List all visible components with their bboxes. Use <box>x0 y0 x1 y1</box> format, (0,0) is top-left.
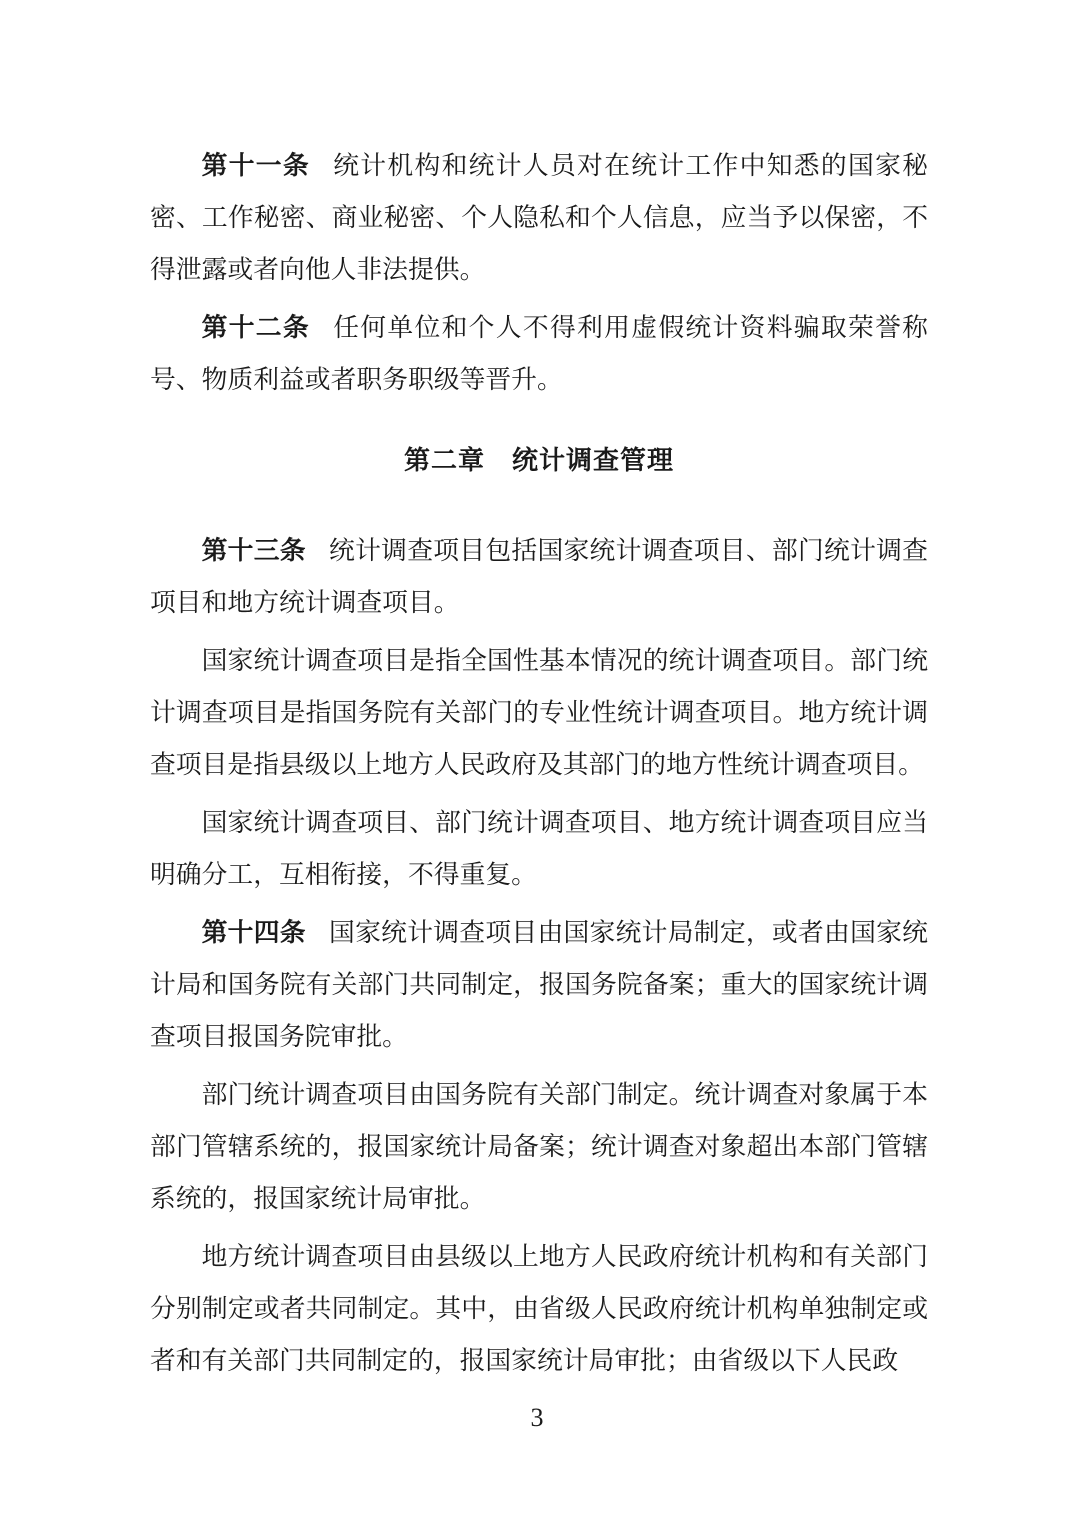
article-14-paragraph: 第十四条国家统计调查项目由国家统计局制定，或者由国家统计局和国务院有关部门共同制… <box>150 907 928 1063</box>
article-11-paragraph: 第十一条统计机构和统计人员对在统计工作中知悉的国家秘密、工作秘密、商业秘密、个人… <box>150 140 928 296</box>
article-14-clause-2: 部门统计调查项目由国务院有关部门制定。统计调查对象属于本部门管辖系统的，报国家统… <box>150 1069 928 1225</box>
article-13-clause-2: 国家统计调查项目是指全国性基本情况的统计调查项目。部门统计调查项目是指国务院有关… <box>150 635 928 791</box>
chapter-2-heading: 第二章 统计调查管理 <box>150 434 928 486</box>
article-13-paragraph: 第十三条统计调查项目包括国家统计调查项目、部门统计调查项目和地方统计调查项目。 <box>150 525 928 629</box>
article-14-clause-3: 地方统计调查项目由县级以上地方人民政府统计机构和有关部门分别制定或者共同制定。其… <box>150 1231 928 1387</box>
document-body: 第十一条统计机构和统计人员对在统计工作中知悉的国家秘密、工作秘密、商业秘密、个人… <box>150 140 928 1393</box>
article-11-number: 第十一条 <box>202 152 310 180</box>
article-12-number: 第十二条 <box>202 314 310 342</box>
article-12-paragraph: 第十二条任何单位和个人不得利用虚假统计资料骗取荣誉称号、物质利益或者职务职级等晋… <box>150 302 928 406</box>
article-13-clause-3: 国家统计调查项目、部门统计调查项目、地方统计调查项目应当明确分工，互相衔接，不得… <box>150 797 928 901</box>
document-page: 第十一条统计机构和统计人员对在统计工作中知悉的国家秘密、工作秘密、商业秘密、个人… <box>0 0 1074 1520</box>
article-13-number: 第十三条 <box>202 537 306 565</box>
page-number: 3 <box>0 1402 1074 1434</box>
article-14-number: 第十四条 <box>202 919 306 947</box>
